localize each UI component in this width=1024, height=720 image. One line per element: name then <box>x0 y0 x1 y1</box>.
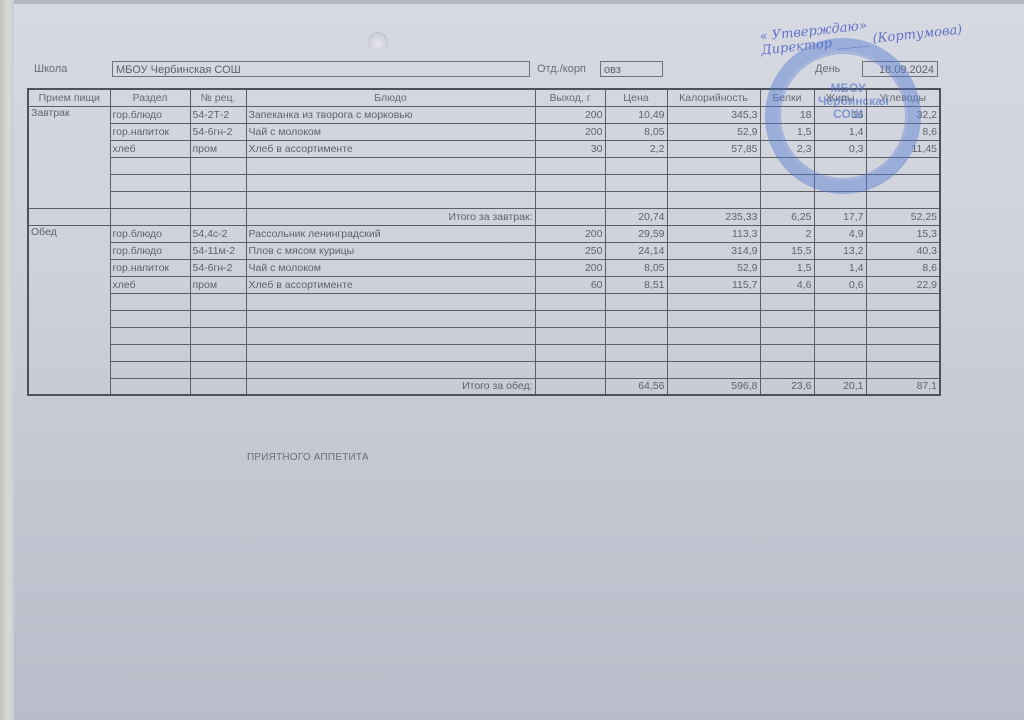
column-header-yield: Выход, г <box>535 89 605 106</box>
cell-calories <box>667 293 760 310</box>
cell-price <box>605 327 667 344</box>
table-row: хлебпромХлеб в ассортименте608,51115,74,… <box>28 276 940 293</box>
cell-price: 10,49 <box>605 106 667 123</box>
cell-yield <box>535 327 605 344</box>
total-label: Итого за обед: <box>246 378 535 395</box>
day-field: 18.09.2024 <box>862 61 938 77</box>
cell-price: 8,51 <box>605 276 667 293</box>
total-fat: 20,1 <box>814 378 866 395</box>
cell-protein: 2 <box>760 225 814 242</box>
cell-section <box>110 157 190 174</box>
cell-protein <box>760 327 814 344</box>
cell-price: 8,05 <box>605 123 667 140</box>
cell-recipe <box>190 310 246 327</box>
cell-carbs: 8,6 <box>866 259 940 276</box>
cell-recipe: пром <box>190 276 246 293</box>
cell-section: хлеб <box>110 276 190 293</box>
cell-section <box>110 327 190 344</box>
cell-calories: 52,9 <box>667 259 760 276</box>
cell-fat: 4,9 <box>814 225 866 242</box>
cell-dish: Хлеб в ассортименте <box>246 276 535 293</box>
cell-recipe <box>190 327 246 344</box>
column-header-price: Цена <box>605 89 667 106</box>
table-row: гор.напиток54-6гн-2Чай с молоком2008,055… <box>28 259 940 276</box>
cell-recipe <box>190 361 246 378</box>
cell-price: 8,05 <box>605 259 667 276</box>
cell-recipe: 54-6гн-2 <box>190 259 246 276</box>
cell-price <box>605 361 667 378</box>
cell-recipe <box>190 344 246 361</box>
cell-section: гор.блюдо <box>110 106 190 123</box>
cell-protein: 1,5 <box>760 259 814 276</box>
cell-yield: 200 <box>535 123 605 140</box>
cell-yield <box>535 208 605 225</box>
cell-yield <box>535 293 605 310</box>
table-row: Обедгор.блюдо54,4с-2Рассольник ленинград… <box>28 225 940 242</box>
cell-protein <box>760 293 814 310</box>
day-label: День <box>815 63 840 75</box>
column-header-section: Раздел <box>110 89 190 106</box>
cell-yield: 60 <box>535 276 605 293</box>
cell-recipe: 54-6гн-2 <box>190 123 246 140</box>
cell-section <box>110 293 190 310</box>
cell-yield: 250 <box>535 242 605 259</box>
column-header-protein: Белки <box>760 89 814 106</box>
cell-carbs <box>866 327 940 344</box>
meal-name-cell: Обед <box>28 225 110 395</box>
cell-fat <box>814 361 866 378</box>
table-row: хлебпромХлеб в ассортименте302,257,852,3… <box>28 140 940 157</box>
cell-fat <box>814 310 866 327</box>
cell-calories <box>667 344 760 361</box>
cell-protein: 18 <box>760 106 814 123</box>
cell-carbs <box>866 361 940 378</box>
cell-dish: Рассольник ленинградский <box>246 225 535 242</box>
cell-carbs: 22,9 <box>866 276 940 293</box>
cell-section: хлеб <box>110 140 190 157</box>
meal-name-cell: Завтрак <box>28 106 110 208</box>
cell-dish <box>246 361 535 378</box>
column-header-dish: Блюдо <box>246 89 535 106</box>
cell-yield <box>535 191 605 208</box>
cell-section <box>110 310 190 327</box>
table-row <box>28 293 940 310</box>
cell-price <box>605 157 667 174</box>
cell-recipe <box>190 208 246 225</box>
cell-dish: Чай с молоком <box>246 123 535 140</box>
total-calories: 235,33 <box>667 208 760 225</box>
cell-carbs: 8,6 <box>866 123 940 140</box>
total-row: Итого за обед:64,56596,823,620,187,1 <box>28 378 940 395</box>
cell-yield: 30 <box>535 140 605 157</box>
cell-calories: 314,9 <box>667 242 760 259</box>
cell-calories: 57,85 <box>667 140 760 157</box>
cell-protein <box>760 191 814 208</box>
cell-yield <box>535 310 605 327</box>
total-price: 64,56 <box>605 378 667 395</box>
cell-fat <box>814 157 866 174</box>
cell-protein: 1,5 <box>760 123 814 140</box>
table-row: гор.блюдо54-11м-2Плов с мясом курицы2502… <box>28 242 940 259</box>
table-row <box>28 310 940 327</box>
table-row <box>28 361 940 378</box>
cell-section: гор.напиток <box>110 259 190 276</box>
total-protein: 23,6 <box>760 378 814 395</box>
cell-yield <box>535 157 605 174</box>
cell-calories <box>667 191 760 208</box>
cell-carbs <box>866 157 940 174</box>
punch-hole <box>368 32 388 52</box>
cell-price <box>605 174 667 191</box>
cell-carbs <box>866 293 940 310</box>
cell-dish <box>246 327 535 344</box>
cell-recipe: пром <box>190 140 246 157</box>
cell-price: 24,14 <box>605 242 667 259</box>
cell-yield: 200 <box>535 225 605 242</box>
cell-fat <box>814 191 866 208</box>
cell-section: гор.блюдо <box>110 242 190 259</box>
cell-dish: Запеканка из творога с морковью <box>246 106 535 123</box>
table-row <box>28 157 940 174</box>
cell-carbs: 15,3 <box>866 225 940 242</box>
school-label: Школа <box>34 63 67 75</box>
cell-yield <box>535 344 605 361</box>
cell-yield <box>535 378 605 395</box>
paper-edge <box>0 0 14 720</box>
cell-section: гор.блюдо <box>110 225 190 242</box>
cell-carbs <box>866 174 940 191</box>
total-price: 20,74 <box>605 208 667 225</box>
column-header-carbs: Углеводы <box>866 89 940 106</box>
table-row <box>28 327 940 344</box>
cell-calories <box>667 310 760 327</box>
column-header-meal: Прием пищи <box>28 89 110 106</box>
cell-recipe <box>190 378 246 395</box>
cell-yield <box>535 174 605 191</box>
cell-fat: 1,4 <box>814 123 866 140</box>
table-row <box>28 174 940 191</box>
cell-calories: 113,3 <box>667 225 760 242</box>
total-carbs: 52,25 <box>866 208 940 225</box>
cell-yield <box>535 361 605 378</box>
cell-protein <box>760 157 814 174</box>
cell-price <box>605 344 667 361</box>
cell-fat: 16 <box>814 106 866 123</box>
column-header-recipe: № рец. <box>190 89 246 106</box>
total-fat: 17,7 <box>814 208 866 225</box>
cell-fat: 0,6 <box>814 276 866 293</box>
footer-message: ПРИЯТНОГО АППЕТИТА <box>247 452 369 463</box>
cell-protein <box>760 174 814 191</box>
cell-price: 2,2 <box>605 140 667 157</box>
cell-section <box>110 208 190 225</box>
cell-dish: Плов с мясом курицы <box>246 242 535 259</box>
cell-dish <box>246 174 535 191</box>
cell-dish: Хлеб в ассортименте <box>246 140 535 157</box>
school-field: МБОУ Чербинская СОШ <box>112 61 530 77</box>
cell-section <box>110 361 190 378</box>
total-label: Итого за завтрак: <box>246 208 535 225</box>
cell-protein <box>760 310 814 327</box>
cell-section <box>110 174 190 191</box>
cell-calories: 345,3 <box>667 106 760 123</box>
cell-calories: 52,9 <box>667 123 760 140</box>
table-row <box>28 191 940 208</box>
cell-calories <box>667 174 760 191</box>
cell-price <box>605 310 667 327</box>
cell-recipe <box>190 191 246 208</box>
cell-dish: Чай с молоком <box>246 259 535 276</box>
cell-carbs: 32,2 <box>866 106 940 123</box>
table-header-row: Прием пищиРаздел№ рец.БлюдоВыход, гЦенаК… <box>28 89 940 106</box>
cell-fat <box>814 293 866 310</box>
table-row: Завтракгор.блюдо54-2Т-2Запеканка из твор… <box>28 106 940 123</box>
menu-table: Прием пищиРаздел№ рец.БлюдоВыход, гЦенаК… <box>27 88 941 396</box>
cell-fat <box>814 344 866 361</box>
cell-protein <box>760 344 814 361</box>
column-header-fat: Жиры <box>814 89 866 106</box>
cell-price: 29,59 <box>605 225 667 242</box>
cell-section <box>110 191 190 208</box>
cell-dish <box>246 157 535 174</box>
cell-yield: 200 <box>535 106 605 123</box>
cell-calories <box>667 327 760 344</box>
cell-fat: 1,4 <box>814 259 866 276</box>
cell-carbs: 11,45 <box>866 140 940 157</box>
cell-protein <box>760 361 814 378</box>
cell-dish <box>246 310 535 327</box>
cell-section <box>110 378 190 395</box>
cell-fat <box>814 327 866 344</box>
cell-carbs: 40,3 <box>866 242 940 259</box>
cell-yield: 200 <box>535 259 605 276</box>
cell-protein: 2,3 <box>760 140 814 157</box>
cell-protein: 15,5 <box>760 242 814 259</box>
total-protein: 6,25 <box>760 208 814 225</box>
cell-recipe: 54,4с-2 <box>190 225 246 242</box>
cell-dish <box>246 344 535 361</box>
cell-recipe <box>190 293 246 310</box>
cell-fat <box>814 174 866 191</box>
table-row: гор.напиток54-6гн-2Чай с молоком2008,055… <box>28 123 940 140</box>
cell-carbs <box>866 310 940 327</box>
cell-fat: 13,2 <box>814 242 866 259</box>
cell-carbs <box>866 344 940 361</box>
cell-price <box>605 191 667 208</box>
cell-calories: 115,7 <box>667 276 760 293</box>
cell-recipe <box>190 157 246 174</box>
cell-calories <box>667 157 760 174</box>
cell-price <box>605 293 667 310</box>
total-carbs: 87,1 <box>866 378 940 395</box>
total-row: Итого за завтрак:20,74235,336,2517,752,2… <box>28 208 940 225</box>
cell-meal <box>28 208 110 225</box>
column-header-calories: Калорийность <box>667 89 760 106</box>
cell-calories <box>667 361 760 378</box>
table-row <box>28 344 940 361</box>
cell-recipe: 54-2Т-2 <box>190 106 246 123</box>
cell-section <box>110 344 190 361</box>
cell-carbs <box>866 191 940 208</box>
cell-recipe <box>190 174 246 191</box>
cell-fat: 0,3 <box>814 140 866 157</box>
dept-label: Отд./корп <box>537 63 586 75</box>
cell-recipe: 54-11м-2 <box>190 242 246 259</box>
dept-field: овз <box>600 61 663 77</box>
total-calories: 596,8 <box>667 378 760 395</box>
cell-protein: 4,6 <box>760 276 814 293</box>
cell-dish <box>246 293 535 310</box>
cell-section: гор.напиток <box>110 123 190 140</box>
cell-dish <box>246 191 535 208</box>
